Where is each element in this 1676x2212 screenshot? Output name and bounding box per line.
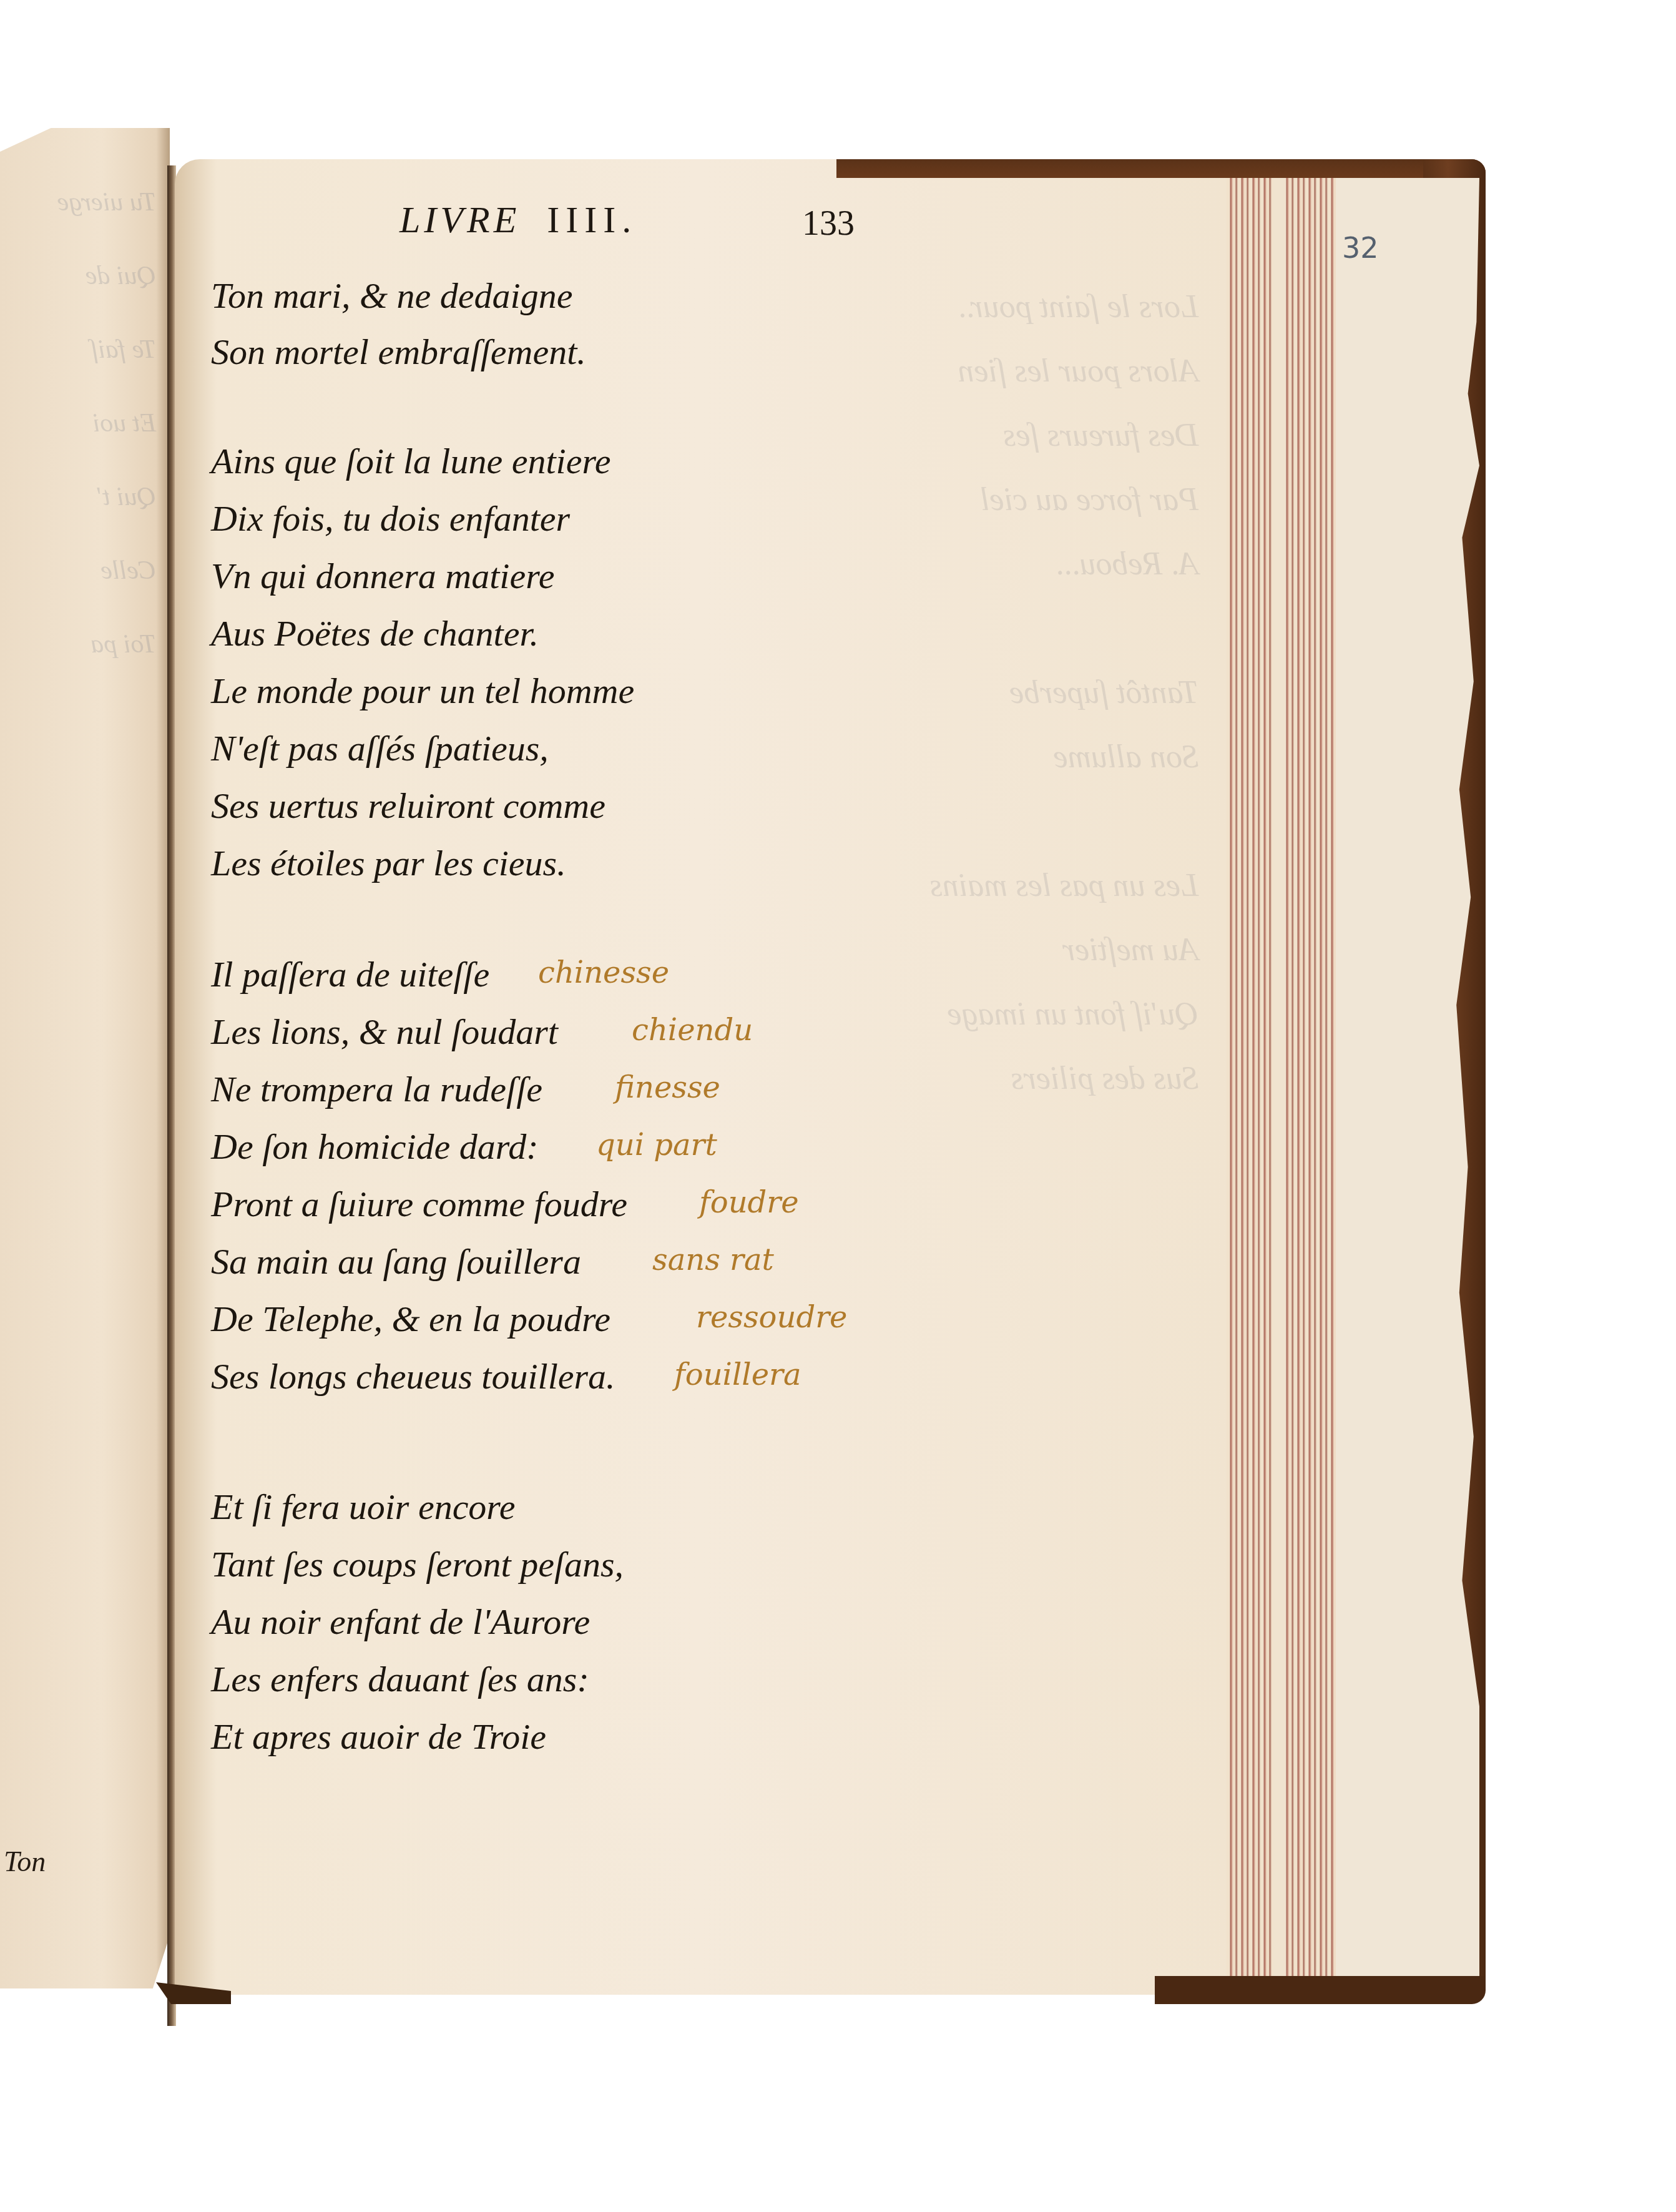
- verse-line: Au noir enfant de l'Aurore: [211, 1601, 590, 1643]
- verse-line: Tant ſes coups ſeront peſans,: [211, 1543, 624, 1585]
- verse-line: N'eſt pas aſſés ſpatieus,: [211, 727, 549, 769]
- deckled-endpaper: [1336, 178, 1479, 1976]
- left-page-show-through: Tu uierge Qui de Te faiſ Et uoi Qui t' C…: [6, 165, 156, 681]
- verse-line: Son mortel embraſſement.: [211, 331, 586, 373]
- verse-line: Les lions, & nul ſoudart: [211, 1011, 558, 1053]
- verse-line: Ses uertus reluiront comme: [211, 785, 605, 827]
- verse-line: Et ſi fera uoir encore: [211, 1486, 516, 1528]
- verse-line: Sa main au ſang ſouillera: [211, 1241, 581, 1282]
- verse-line: Il paſſera de uiteſſe: [211, 953, 489, 995]
- fore-edge-gap: [1273, 178, 1286, 1982]
- marginal-annotation: sans rat: [652, 1242, 774, 1277]
- verse-line: Ne trompera la rudeſſe: [211, 1068, 542, 1110]
- verse-line: Les étoiles par les cieus.: [211, 842, 566, 884]
- verse-line: Le monde pour un tel homme: [211, 670, 634, 712]
- running-head: LIVRE IIII.: [399, 199, 637, 242]
- book-photograph: Tu uierge Qui de Te faiſ Et uoi Qui t' C…: [0, 0, 1676, 2212]
- verse-line: Et apres auoir de Troie: [211, 1716, 546, 1757]
- marginal-annotation: fouillera: [674, 1357, 801, 1392]
- marginal-annotation: qui part: [596, 1128, 717, 1163]
- leather-cover-bottom: [1155, 1976, 1486, 2004]
- running-head-book-number: IIII.: [547, 199, 637, 240]
- leather-cover-top: [836, 159, 1486, 178]
- pencil-shelfmark: 32: [1342, 231, 1379, 265]
- marginal-annotation: foudre: [699, 1185, 799, 1220]
- verse-line: Ton mari, & ne dedaigne: [211, 275, 572, 317]
- verse-line: De Telephe, & en la poudre: [211, 1298, 610, 1340]
- verse-line: Vn qui donnera matiere: [211, 555, 554, 597]
- verse-line: Pront a ſuiure comme foudre: [211, 1183, 627, 1225]
- left-page-catchword: Ton: [4, 1845, 46, 1878]
- verse-line: De ſon homicide dard:: [211, 1126, 539, 1167]
- verse-line: Ses longs cheueus touillera.: [211, 1355, 615, 1397]
- marginal-annotation: chinesse: [538, 955, 669, 990]
- verse-line: Dix fois, tu dois enfanter: [211, 498, 570, 539]
- page-number: 133: [802, 204, 855, 243]
- verse-line: Ains que ſoit la lune entiere: [211, 440, 611, 482]
- left-page: Tu uierge Qui de Te faiſ Et uoi Qui t' C…: [0, 128, 170, 1988]
- marginal-annotation: ressoudre: [696, 1300, 848, 1335]
- right-page-show-through: Lors le ſaint pour.. Alors pour les ſien…: [749, 275, 1198, 1111]
- running-head-title: LIVRE: [399, 199, 520, 240]
- marginal-annotation: finesse: [615, 1070, 720, 1105]
- marginal-annotation: chiendu: [632, 1013, 753, 1048]
- verse-line: Les enfers dauant ſes ans:: [211, 1658, 589, 1700]
- verse-line: Aus Poëtes de chanter.: [211, 612, 539, 654]
